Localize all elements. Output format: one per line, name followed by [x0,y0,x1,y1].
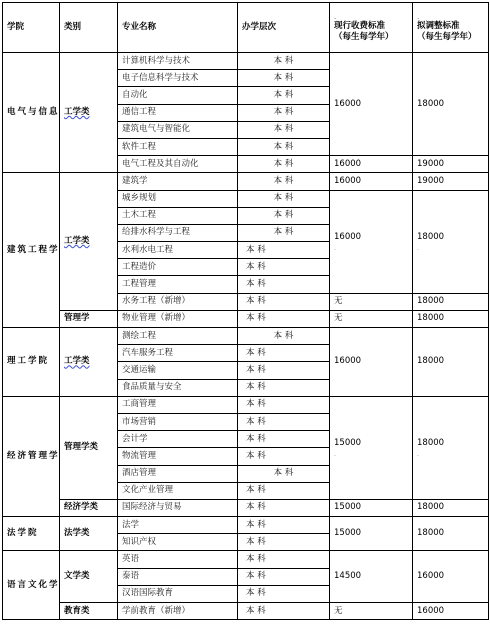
major-cell: 水务工程（新增） [118,293,238,310]
level-cell: 本 科 [238,70,330,87]
level-cell: 本 科 [238,413,330,430]
category-label: 工学类 [64,107,90,117]
paragraph-mark: . [334,13,408,21]
proposed-fee-cell: 16000 [413,603,489,620]
level-cell: 本 科 [238,156,330,173]
major-cell: 工程管理 [118,276,238,293]
header-college: 学院 [3,3,60,53]
category-cell: 法学类 [60,517,118,551]
proposed-fee-cell: 18000. [413,190,489,293]
major-cell: 学前教育（新增） [118,603,238,620]
level-cell: 本 科 [238,293,330,310]
major-cell: 文化产业管理 [118,482,238,499]
level-cell: 本 科 [238,259,330,276]
level-cell: 本 科 [238,517,330,534]
level-cell: 本 科 [238,482,330,499]
proposed-fee-cell: 18000 [413,499,489,516]
college-cell: 法学院 [3,517,60,551]
category-cell: 工学类 [60,53,118,173]
header-current-fee-label: 现行收费标准 [334,21,385,31]
category-cell: 工学类 [60,328,118,397]
level-cell: 本 科 [238,431,330,448]
level-cell: 本 科 [238,87,330,104]
level-cell: 本 科 [238,603,330,620]
current-fee-value: 15000 [334,438,361,448]
level-cell: 本 科 [238,121,330,138]
proposed-fee-cell: 16000 [413,551,489,603]
level-cell: 本 科 [238,448,330,465]
major-cell: 通信工程 [118,104,238,121]
paragraph-mark: . [417,449,484,457]
header-proposed-fee: . 拟调整标准 （每生每学年） [413,3,489,53]
level-cell: 本 科 [238,173,330,190]
proposed-fee-cell: 18000 [413,517,489,551]
current-fee-value: 16000 [334,232,361,242]
college-cell: 理工学院 [3,328,60,397]
current-fee-cell: 15000. [330,396,413,499]
major-cell: 建筑学 [118,173,238,190]
category-cell: 经济学类 [60,499,118,516]
current-fee-cell: 16000 [330,156,413,173]
major-cell: 给排水科学与工程 [118,224,238,241]
major-cell: 计算机科学与技术 [118,53,238,70]
proposed-fee-cell: 18000. [413,396,489,499]
proposed-fee-cell: 18000 [413,293,489,310]
college-cell: 经济管理学院 [3,396,60,516]
major-cell: 交通运输 [118,362,238,379]
major-cell: 国际经济与贸易 [118,499,238,516]
current-fee-cell: 无 [330,603,413,620]
level-cell: 本 科 [238,224,330,241]
level-cell: 本 科 [238,379,330,396]
proposed-fee-value: 18000 [417,232,444,242]
current-fee-cell: 15000 [330,517,413,551]
major-cell: 物业管理（新增） [118,310,238,327]
level-cell: 本 科 [238,53,330,70]
current-fee-cell: 无 [330,310,413,327]
current-fee-cell: 14500 [330,551,413,603]
table-row: 建筑工程学院 工学类 建筑学 本 科 16000 19000 [3,173,489,190]
level-cell: 本 科 [238,242,330,259]
level-cell: 本 科 [238,104,330,121]
level-cell: 本 科 [238,190,330,207]
current-fee-cell: 16000 [330,328,413,397]
proposed-fee-value: 18000 [417,438,444,448]
level-cell: 本 科 [238,465,330,482]
current-fee-cell: 16000 [330,53,413,156]
major-cell: 知识产权 [118,534,238,551]
table-row: 理工学院 工学类 测绘工程 本 科 16000 18000 [3,328,489,345]
major-cell: 自动化 [118,87,238,104]
table-row: 管理学 物业管理（新增） 本 科 无 18000 [3,310,489,327]
paragraph-mark: . [417,243,484,251]
category-cell: 工学类 [60,173,118,311]
table-row: 经济管理学院 管理学类 工商管理 本 科 15000. 18000. [3,396,489,413]
major-cell: 电子信息科学与技术 [118,70,238,87]
level-cell: 本 科 [238,499,330,516]
current-fee-cell: 无 [330,293,413,310]
college-cell: 电气与信息工程学院 [3,53,60,173]
major-cell: 酒店管理 [118,465,238,482]
major-cell: 英语 [118,551,238,568]
header-row: 学院 类别 专业名称 办学层次 . 现行收费标准 （每生每学年） . 拟调整标准… [3,3,489,53]
category-cell: 管理学类 [60,396,118,499]
level-cell: 本 科 [238,585,330,602]
level-cell: 本 科 [238,396,330,413]
major-cell: 法学 [118,517,238,534]
category-label: 工学类 [64,356,90,366]
college-cell: 建筑工程学院 [3,173,60,328]
header-major: 专业名称 [118,3,238,53]
paragraph-mark: . [334,243,408,251]
table-row: 经济学类 国际经济与贸易 本 科 15000 18000 [3,499,489,516]
header-current-fee: . 现行收费标准 （每生每学年） [330,3,413,53]
major-cell: 泰语 [118,568,238,585]
proposed-fee-cell: 19000 [413,156,489,173]
major-cell: 电气工程及其自动化 [118,156,238,173]
table-row: 电气与信息工程学院 工学类 计算机科学与技术 本 科 16000 18000 [3,53,489,70]
level-cell: 本 科 [238,310,330,327]
tuition-fee-table: 学院 类别 专业名称 办学层次 . 现行收费标准 （每生每学年） . 拟调整标准… [2,2,489,620]
major-cell: 软件工程 [118,138,238,155]
proposed-fee-cell: 18000 [413,53,489,156]
major-cell: 市场营销 [118,413,238,430]
header-category: 类别 [60,3,118,53]
header-proposed-fee-label: 拟调整标准 [417,21,460,31]
header-level: 办学层次 [238,3,330,53]
header-proposed-fee-unit: （每生每学年） [417,32,484,43]
major-cell: 测绘工程 [118,328,238,345]
category-cell: 管理学 [60,310,118,327]
level-cell: 本 科 [238,276,330,293]
college-cell: 语言文化学院 [3,551,60,620]
category-label: 工学类 [64,236,90,246]
level-cell: 本 科 [238,207,330,224]
level-cell: 本 科 [238,362,330,379]
level-cell: 本 科 [238,138,330,155]
category-cell: 教育类 [60,603,118,620]
paragraph-mark: . [334,449,408,457]
proposed-fee-cell: 18000 [413,310,489,327]
current-fee-cell: 15000 [330,499,413,516]
major-cell: 工商管理 [118,396,238,413]
major-cell: 汉语国际教育 [118,585,238,602]
level-cell: 本 科 [238,534,330,551]
major-cell: 水利水电工程 [118,242,238,259]
current-fee-cell: 16000 [330,173,413,190]
major-cell: 会计学 [118,431,238,448]
major-cell: 土木工程 [118,207,238,224]
proposed-fee-cell: 18000 [413,328,489,397]
table-row: 教育类 学前教育（新增） 本 科 无 16000 [3,603,489,620]
major-cell: 建筑电气与智能化 [118,121,238,138]
major-cell: 物流管理 [118,448,238,465]
level-cell: 本 科 [238,551,330,568]
proposed-fee-cell: 19000 [413,173,489,190]
paragraph-mark: . [417,13,484,21]
major-cell: 城乡规划 [118,190,238,207]
major-cell: 食品质量与安全 [118,379,238,396]
level-cell: 本 科 [238,568,330,585]
category-cell: 文学类 [60,551,118,603]
level-cell: 本 科 [238,345,330,362]
table-row: 法学院 法学类 法学 本 科 15000 18000 [3,517,489,534]
major-cell: 工程造价 [118,259,238,276]
table-row: 语言文化学院 文学类 英语 本 科 14500 16000 [3,551,489,568]
header-current-fee-unit: （每生每学年） [334,32,408,43]
level-cell: 本 科 [238,328,330,345]
current-fee-cell: 16000. [330,190,413,293]
major-cell: 汽车服务工程 [118,345,238,362]
